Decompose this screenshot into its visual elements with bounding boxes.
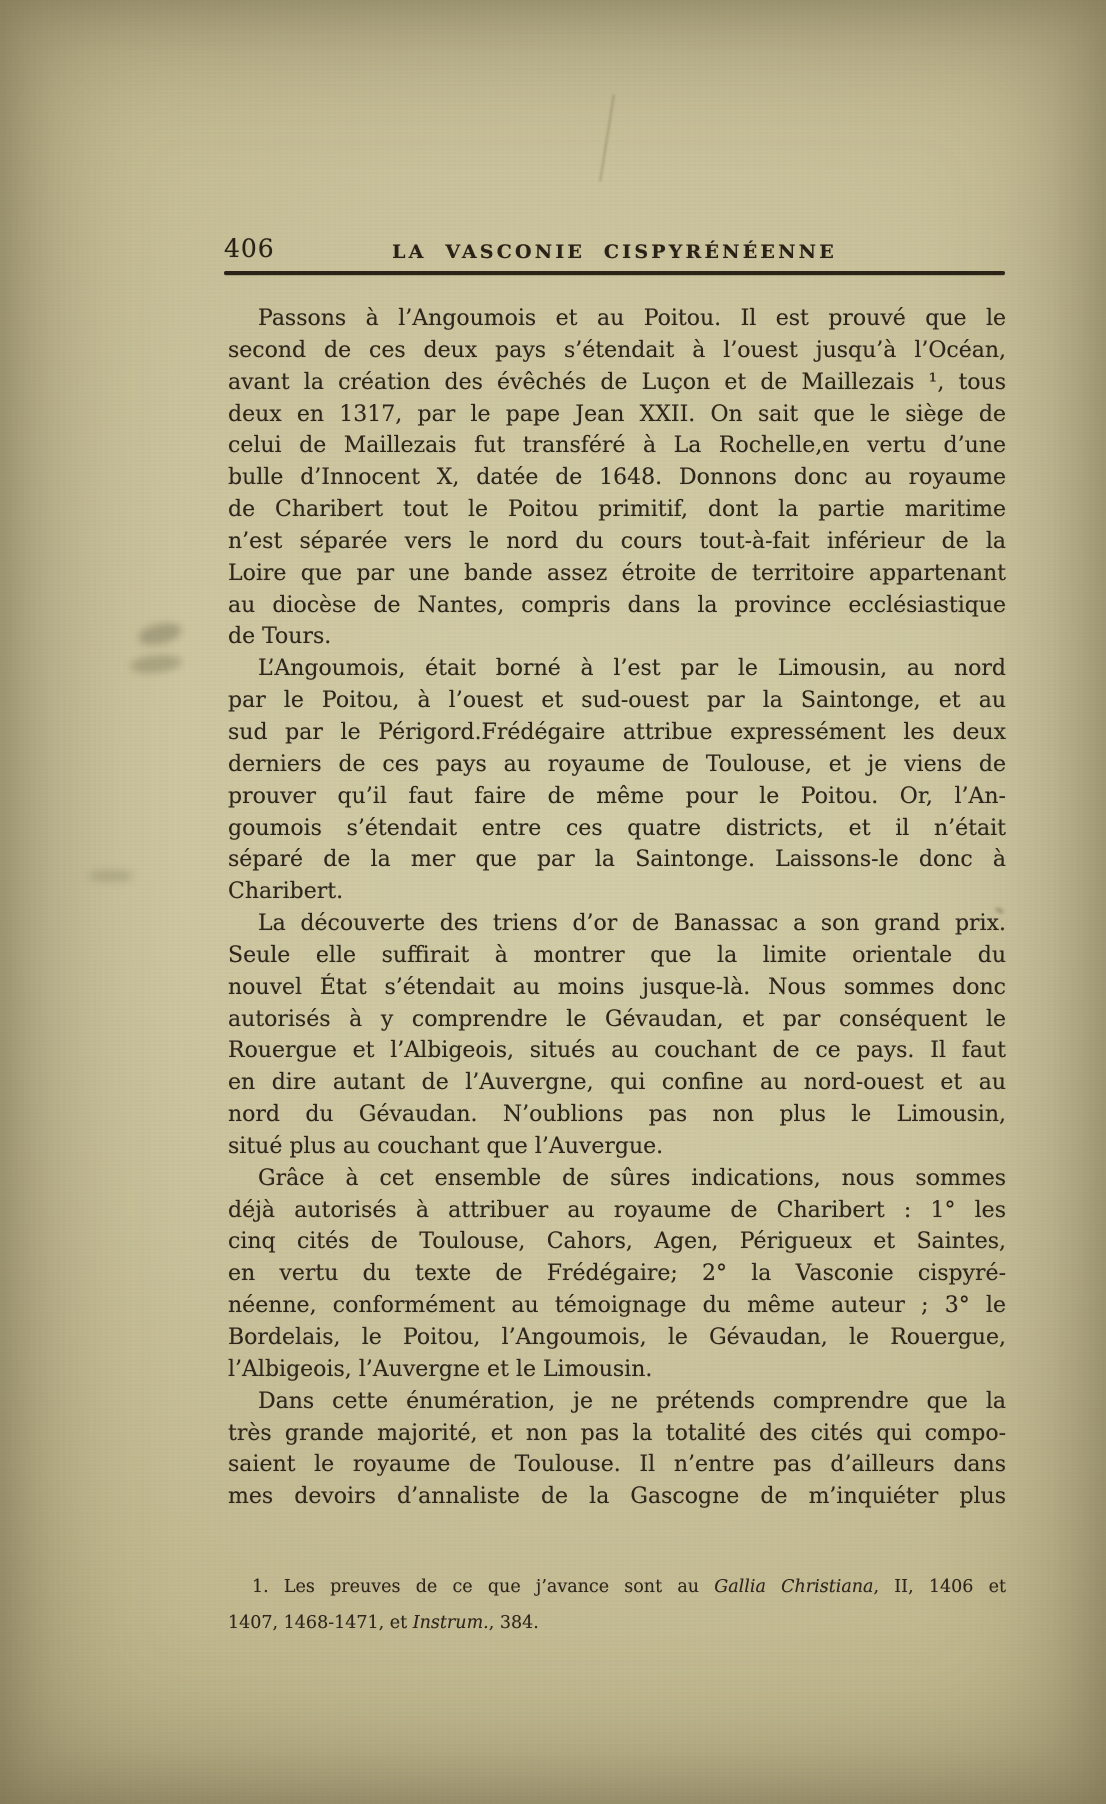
text-line: néenne, conformément au témoignage du mê…	[228, 1290, 1006, 1322]
paragraph: Grâce à cet ensemble de sûres indication…	[228, 1163, 1006, 1386]
text-line: bulle d’Innocent X, datée de 1648. Donno…	[228, 462, 1006, 494]
text-line: autorisés à y comprendre le Gévaudan, et…	[228, 1004, 1006, 1036]
text-line: déjà autorisés à attribuer au royaume de…	[228, 1195, 1006, 1227]
paragraph: L’Angoumois, était borné à l’est par le …	[228, 653, 1006, 908]
ink-smudge	[88, 870, 134, 882]
text-line: goumois s’étendait entre ces quatre dist…	[228, 813, 1006, 845]
text-line: Seule elle suffirait à montrer que la li…	[228, 940, 1006, 972]
text-line: au diocèse de Nantes, compris dans la pr…	[228, 590, 1006, 622]
text-line: La découverte des triens d’or de Banassa…	[228, 908, 1006, 940]
paragraph: Dans cette énumération, je ne prétends c…	[228, 1386, 1006, 1513]
page-header: 406 LA VASCONIE CISPYRÉNÉENNE	[224, 0, 1005, 270]
text-line: de Tours.	[228, 621, 1006, 653]
text-line: situé plus au couchant que l’Auvergue.	[228, 1131, 1006, 1163]
ink-smudge	[136, 620, 183, 649]
footnote-line: 1. Les preuves de ce que j’avance sont a…	[228, 1569, 1006, 1605]
text-line: celui de Maillezais fut transféré à La R…	[228, 430, 1006, 462]
text-line: de Charibert tout le Poitou primitif, do…	[228, 494, 1006, 526]
footnote-citation-italic: Gallia Christiana	[714, 1577, 873, 1597]
text-line: avant la création des évêchés de Luçon e…	[228, 367, 1006, 399]
text-line: mes devoirs d’annaliste de la Gascogne d…	[228, 1481, 1006, 1513]
text-line: Charibert.	[228, 876, 1006, 908]
text-line: second de ces deux pays s’étendait à l’o…	[228, 335, 1006, 367]
header-rule	[224, 271, 1005, 275]
text-line: saient le royaume de Toulouse. Il n’entr…	[228, 1449, 1006, 1481]
text-line: derniers de ces pays au royaume de Toulo…	[228, 749, 1006, 781]
text-line: par le Poitou, à l’ouest et sud-ouest pa…	[228, 685, 1006, 717]
footnote-line: 1407, 1468-1471, et Instrum., 384.	[228, 1605, 1006, 1641]
text-line: Rouergue et l’Albigeois, situés au couch…	[228, 1035, 1006, 1067]
text-line: en vertu du texte de Frédégaire; 2° la V…	[228, 1258, 1006, 1290]
paragraph: Passons à l’Angoumois et au Poitou. Il e…	[228, 303, 1006, 653]
text-line: nord du Gévaudan. N’oublions pas non plu…	[228, 1099, 1006, 1131]
text-line: n’est séparée vers le nord du cours tout…	[228, 526, 1006, 558]
text-line: sud par le Périgord.Frédégaire attribue …	[228, 717, 1006, 749]
scanned-book-page: 406 LA VASCONIE CISPYRÉNÉENNE Passons à …	[0, 0, 1106, 1804]
text-line: prouver qu’il faut faire de même pour le…	[228, 781, 1006, 813]
footnote: 1. Les preuves de ce que j’avance sont a…	[228, 1569, 1006, 1641]
text-line: Bordelais, le Poitou, l’Angoumois, le Gé…	[228, 1322, 1006, 1354]
text-line: L’Angoumois, était borné à l’est par le …	[228, 653, 1006, 685]
running-title: LA VASCONIE CISPYRÉNÉENNE	[224, 241, 1005, 263]
text-line: en dire autant de l’Auvergne, qui confin…	[228, 1067, 1006, 1099]
text-line: Dans cette énumération, je ne prétends c…	[228, 1386, 1006, 1418]
text-line: l’Albigeois, l’Auvergne et le Limousin.	[228, 1354, 1006, 1386]
text-line: Passons à l’Angoumois et au Poitou. Il e…	[228, 303, 1006, 335]
text-line: très grande majorité, et non pas la tota…	[228, 1418, 1006, 1450]
paragraph: La découverte des triens d’or de Banassa…	[228, 908, 1006, 1163]
text-line: deux en 1317, par le pape Jean XXII. On …	[228, 399, 1006, 431]
text-line: Loire que par une bande assez étroite de…	[228, 558, 1006, 590]
text-line: nouvel État s’étendait au moins jusque-l…	[228, 972, 1006, 1004]
footnote-text: , II, 1406 et	[873, 1577, 1006, 1597]
footnote-text: , 384.	[489, 1613, 539, 1633]
footnote-text: 1. Les preuves de ce que j’avance sont a…	[252, 1577, 714, 1597]
body-text: Passons à l’Angoumois et au Poitou. Il e…	[228, 303, 1006, 1513]
footnote-citation-italic: Instrum.	[413, 1613, 489, 1633]
text-line: Grâce à cet ensemble de sûres indication…	[228, 1163, 1006, 1195]
ink-smudge	[129, 652, 183, 675]
footnote-text: 1407, 1468-1471, et	[228, 1613, 413, 1633]
text-line: séparé de la mer que par la Saintonge. L…	[228, 844, 1006, 876]
text-line: cinq cités de Toulouse, Cahors, Agen, Pé…	[228, 1226, 1006, 1258]
